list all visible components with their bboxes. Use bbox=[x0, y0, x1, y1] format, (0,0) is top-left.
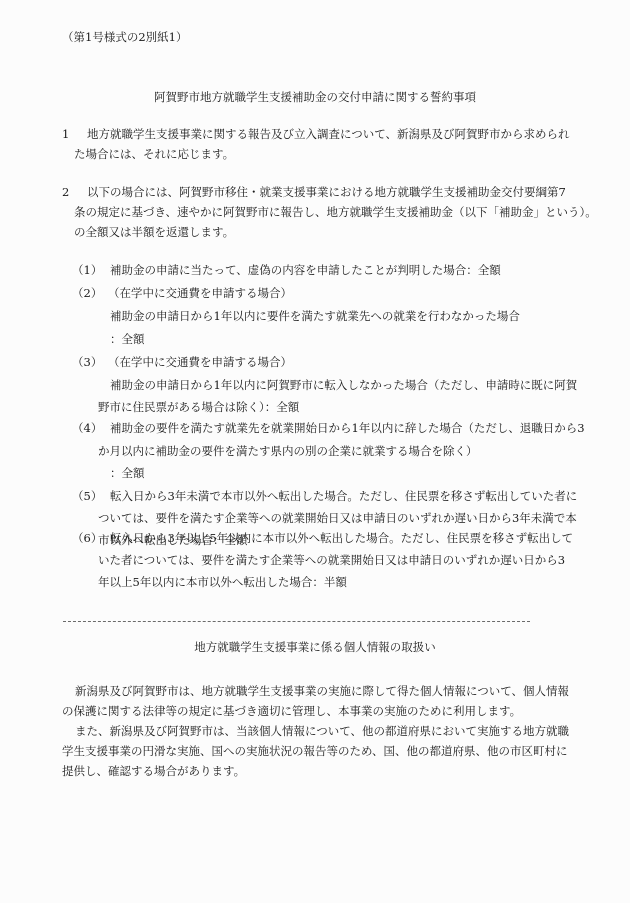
item-text-line: 地方就職学生支援事業に関する報告及び立入調査について、新潟県及び阿賀野市から求め… bbox=[87, 124, 570, 144]
privacy-title: 地方就職学生支援事業に係る個人情報の取扱い bbox=[0, 637, 630, 657]
subitem-number: （4） bbox=[72, 418, 102, 438]
subitem-text-line: （在学中に交通費を申請する場合） bbox=[108, 283, 292, 303]
item-number: 1 bbox=[62, 124, 69, 144]
subitem-text-line: か月以内に補助金の要件を満たす県内の別の企業に就業する場合を除く） bbox=[98, 441, 478, 461]
item-text-line: の全額又は半額を返還します。 bbox=[74, 222, 234, 242]
subitem-number: （6） bbox=[72, 528, 102, 548]
document-title: 阿賀野市地方就職学生支援補助金の交付申請に関する誓約事項 bbox=[0, 87, 630, 107]
item-text-line: 以下の場合には、阿賀野市移住・就業支援事業における地方就職学生支援補助金交付要綱… bbox=[87, 182, 566, 202]
item-number: 2 bbox=[62, 182, 69, 202]
item-text-line: 条の規定に基づき、速やかに阿賀野市に報告し、地方就職学生支援補助金（以下「補助金… bbox=[74, 202, 597, 222]
subitem-text-line: ：全額 bbox=[110, 463, 145, 483]
form-label: （第1号様式の2別紙1） bbox=[62, 27, 187, 47]
subitem-text-line: 補助金の申請日から1年以内に要件を満たす就業先への就業を行わなかった場合 bbox=[110, 306, 520, 326]
subitem-text-line: 補助金の申請日から1年以内に阿賀野市に転入しなかった場合（ただし、申請時に既に阿… bbox=[110, 375, 577, 395]
subitem-number: （2） bbox=[72, 283, 102, 303]
subitem-text-line: ：全額 bbox=[110, 329, 145, 349]
privacy-text-line: 新潟県及び阿賀野市は、地方就職学生支援事業の実施に際して得た個人情報について、個… bbox=[75, 681, 569, 701]
subitem-text-line: 転入日から3年以上5年以内に本市以外へ転出した場合。ただし、住民票を移さず転出し… bbox=[110, 528, 573, 548]
subitem-text-line: （在学中に交通費を申請する場合） bbox=[108, 352, 292, 372]
privacy-text-line: の保護に関する法律等の規定に基づき適切に管理し、本事業の実施のために利用します。 bbox=[62, 701, 521, 721]
privacy-text-line: 提供し、確認する場合があります。 bbox=[62, 761, 245, 781]
dashed-separator bbox=[63, 621, 530, 622]
subitem-number: （5） bbox=[72, 486, 102, 506]
subitem-text-line: 年以上5年以内に本市以外へ転出した場合：半額 bbox=[98, 572, 347, 592]
privacy-text-line: また、新潟県及び阿賀野市は、当該個人情報について、他の都道府県において実施する地… bbox=[75, 721, 569, 741]
subitem-text-line: 転入日から3年未満で本市以外へ転出した場合。ただし、住民票を移さず転出していた者… bbox=[110, 486, 577, 506]
subitem-text-line: 野市に住民票がある場合は除く）：全額 bbox=[98, 397, 299, 417]
subitem-number: （1） bbox=[72, 260, 102, 280]
privacy-text-line: 学生支援事業の円滑な実施、国への実施状況の報告等のため、国、他の都道府県、他の市… bbox=[62, 741, 568, 761]
subitem-text-line: 補助金の申請に当たって、虚偽の内容を申請したことが判明した場合：全額 bbox=[110, 260, 501, 280]
subitem-text-line: 補助金の要件を満たす就業先を就業開始日から1年以内に辞した場合（ただし、退職日か… bbox=[110, 418, 585, 438]
subitem-text-line: ついては、要件を満たす企業等への就業開始日又は申請日のいずれか遅い日から3年未満… bbox=[98, 508, 577, 528]
subitem-number: （3） bbox=[72, 352, 102, 372]
subitem-text-line: いた者については、要件を満たす企業等への就業開始日又は申請日のいずれか遅い日から… bbox=[98, 550, 565, 570]
item-text-line: た場合には、それに応じます。 bbox=[74, 144, 234, 164]
